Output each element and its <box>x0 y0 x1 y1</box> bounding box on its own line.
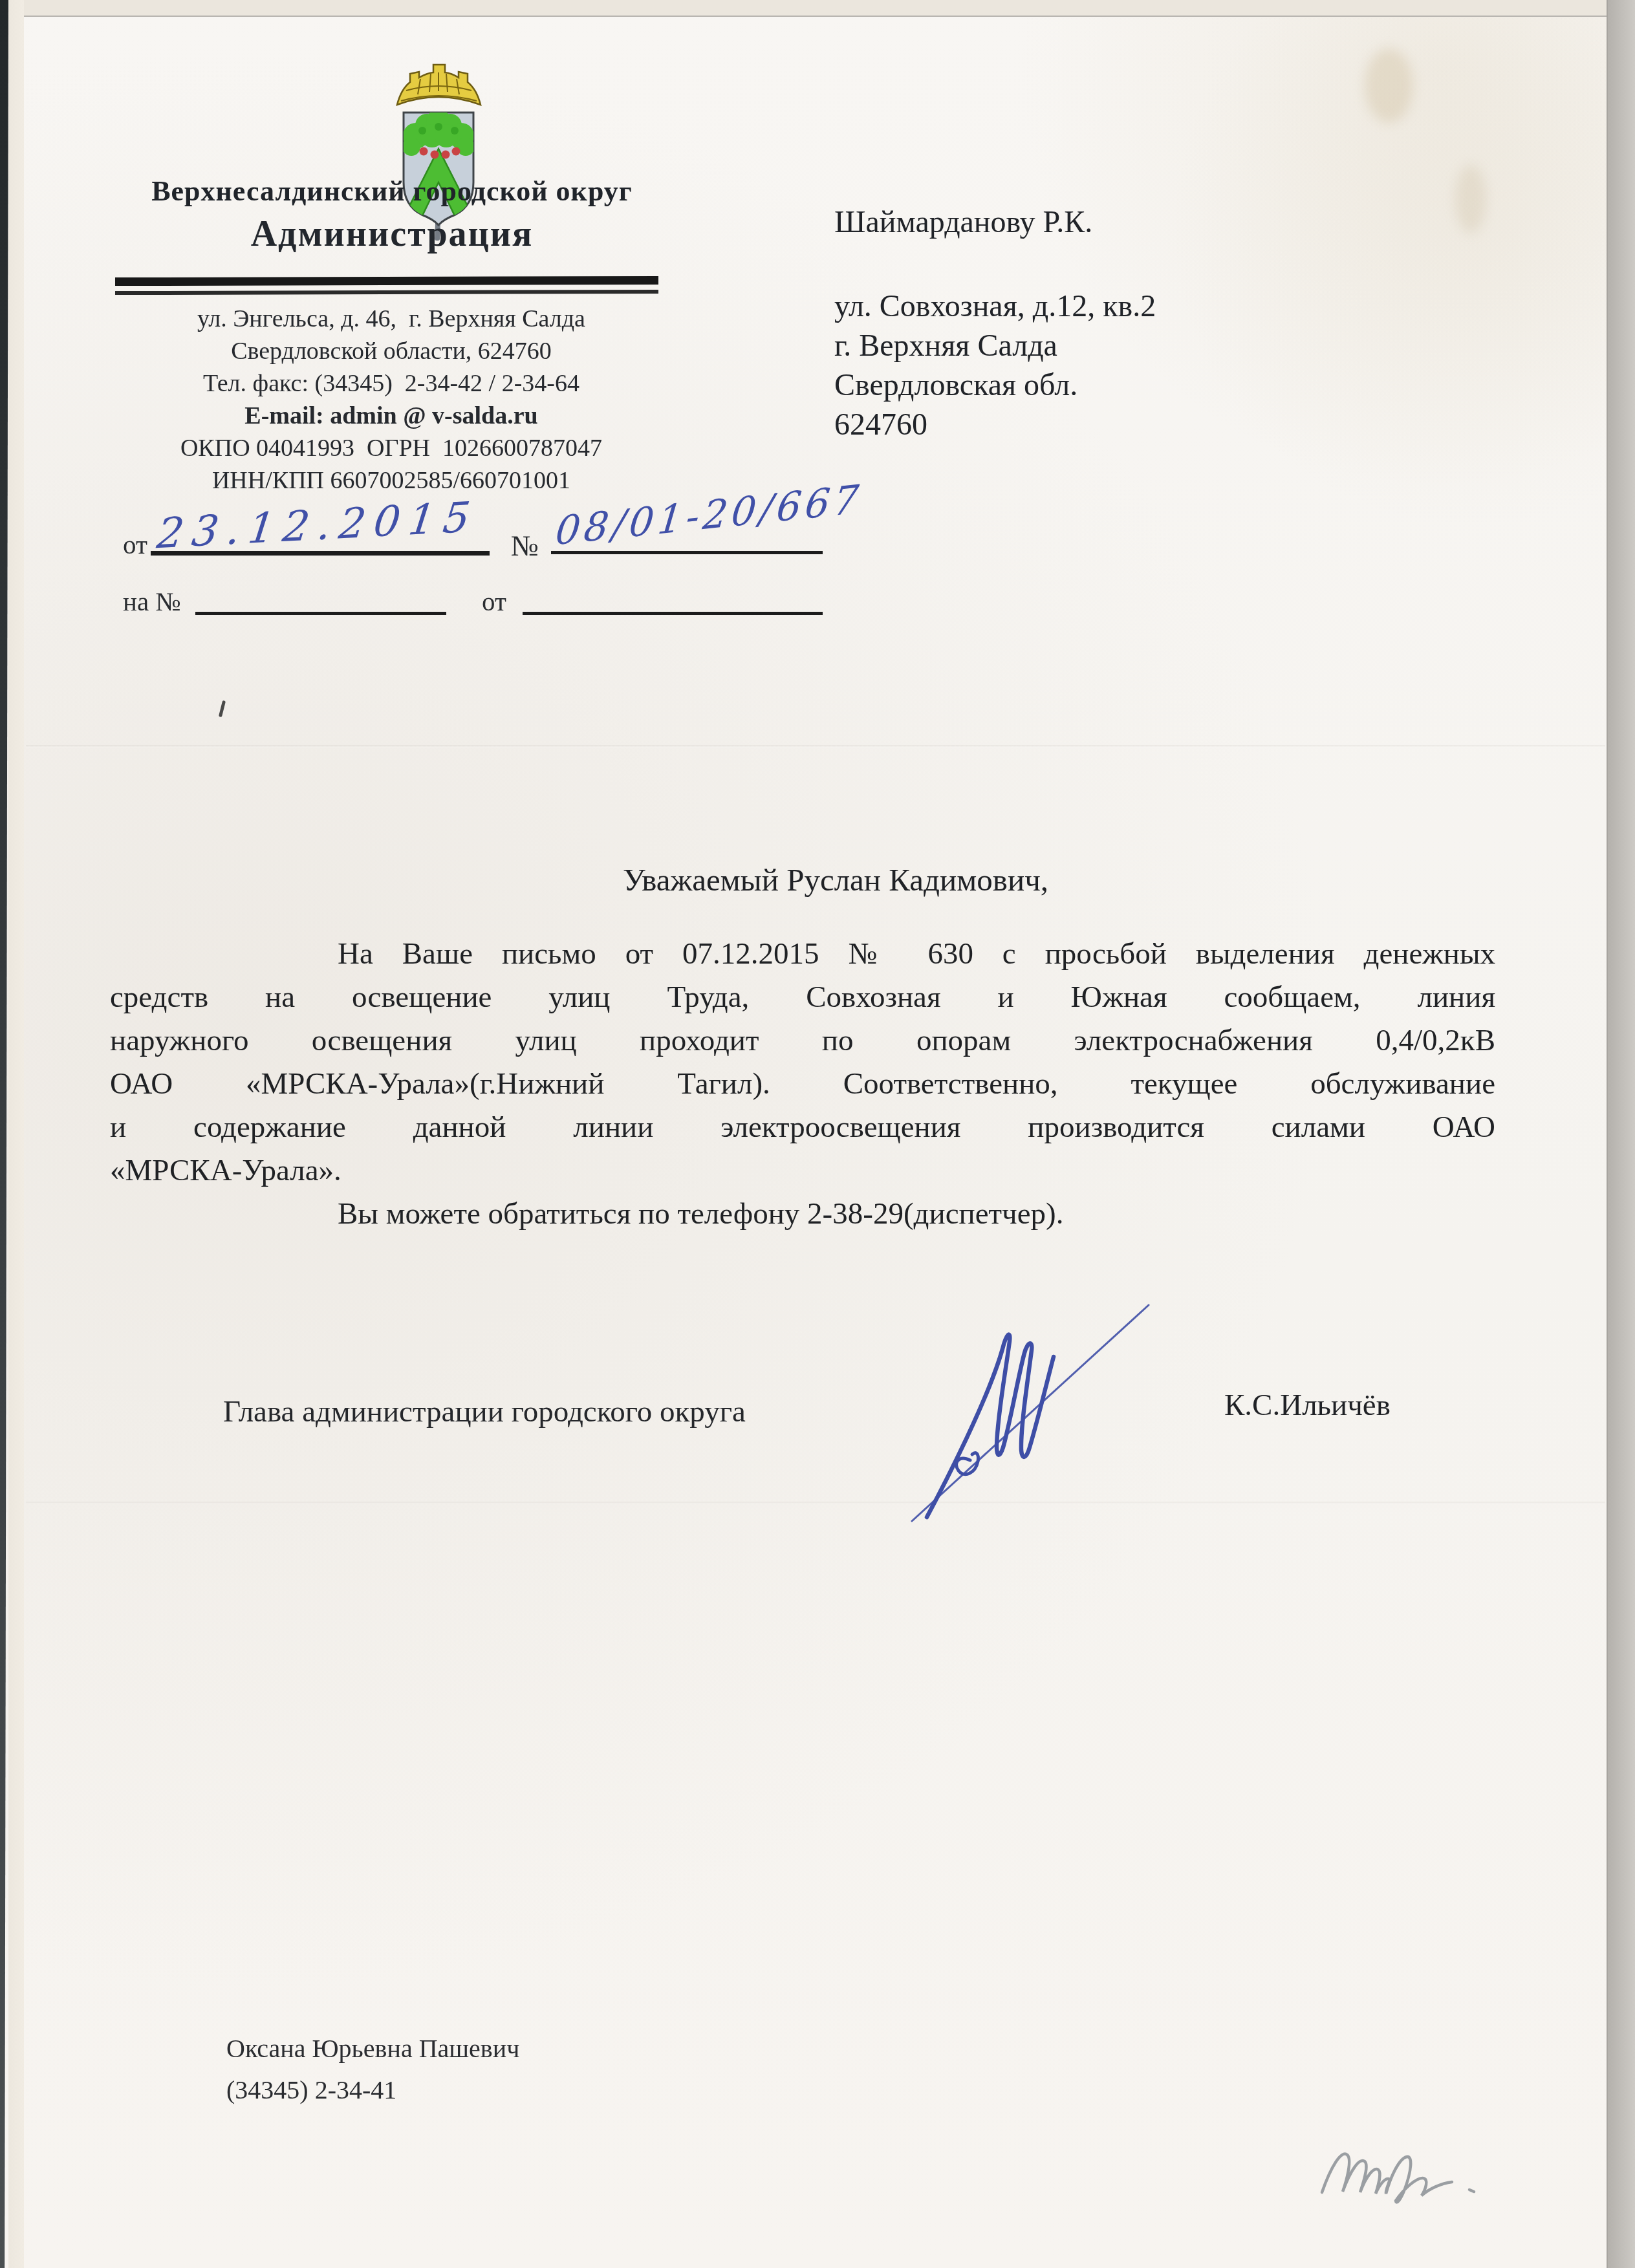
recipient-street: ул. Совхозная, д.12, кв.2 <box>834 286 1156 326</box>
pencil-initials-scribble <box>1314 2129 1488 2219</box>
letterhead-address-line: Свердловской области, 624760 <box>91 335 692 367</box>
signature-name: К.С.Ильичёв <box>1224 1388 1391 1423</box>
scan-stain <box>1365 49 1413 123</box>
mural-crown <box>397 65 481 105</box>
recipient-block: Шаймарданову Р.К. ул. Совхозная, д.12, к… <box>834 204 1156 444</box>
fold-crease <box>26 1502 1605 1504</box>
recipient-region: Свердловская обл. <box>834 365 1156 405</box>
body-line: «МРСКА-Урала». <box>110 1149 1495 1193</box>
recipient-city: г. Верхняя Салда <box>834 326 1156 365</box>
reply-date-label: от <box>482 586 506 617</box>
body-line: наружного освещения улиц проходит по опо… <box>110 1019 1495 1063</box>
letterhead-address-line: ОКПО 04041993 ОГРН 1026600787047 <box>91 432 692 464</box>
letterhead-address-line: ИНН/КПП 6607002585/660701001 <box>91 464 692 497</box>
letterhead-address-line: ул. Энгельса, д. 46, г. Верхняя Салда <box>91 303 692 335</box>
letterhead-district: Верхнесалдинский городской округ <box>97 175 687 208</box>
ref-date-label: от <box>123 529 147 560</box>
reply-number-underline <box>195 612 446 615</box>
contact-name: Оксана Юрьевна Пашевич <box>226 2028 519 2069</box>
letterhead-organization: Администрация <box>97 213 687 255</box>
ref-number-underline <box>551 551 823 554</box>
body-line: и содержание данной линии электроосвещен… <box>110 1106 1495 1149</box>
signature-title: Глава администрации городского округа <box>223 1394 746 1429</box>
contact-block: Оксана Юрьевна Пашевич (34345) 2-34-41 <box>226 2028 519 2111</box>
signature-ink-scribble <box>891 1292 1163 1531</box>
body-line: средств на освещение улиц Труда, Совхозн… <box>110 976 1495 1019</box>
letterhead-address-block: ул. Энгельса, д. 46, г. Верхняя Салда Св… <box>91 303 692 497</box>
body-line: Вы можете обратиться по телефону 2-38-29… <box>110 1193 1495 1236</box>
letterhead-address-line: Тел. факс: (34345) 2-34-42 / 2-34-64 <box>91 367 692 400</box>
paper-edge-left <box>8 0 24 2268</box>
fold-crease <box>26 745 1605 748</box>
recipient-postcode: 624760 <box>834 405 1156 444</box>
contact-phone: (34345) 2-34-41 <box>226 2069 519 2111</box>
body-line: На Ваше письмо от 07.12.2015 № 630 с про… <box>110 933 1495 976</box>
letterhead-divider-thick <box>115 276 658 286</box>
recipient-name: Шаймарданову Р.К. <box>834 204 1156 240</box>
letterhead-address-line: E-mail: admin @ v-salda.ru <box>91 400 692 432</box>
scan-stain <box>1455 165 1486 233</box>
scanned-letter-page: Верхнесалдинский городской округ Админис… <box>0 0 1635 2268</box>
reply-date-underline <box>523 612 823 615</box>
scanner-edge-top <box>8 0 1635 17</box>
scanner-edge-right <box>1607 0 1635 2268</box>
salutation: Уважаемый Руслан Кадимович, <box>623 861 1048 898</box>
body-line: ОАО «МРСКА-Урала»(г.Нижний Тагил). Соотв… <box>110 1063 1495 1106</box>
ref-number-label: № <box>511 529 539 563</box>
letter-body: На Ваше письмо от 07.12.2015 № 630 с про… <box>110 933 1495 1236</box>
reply-number-label: на № <box>123 586 181 617</box>
